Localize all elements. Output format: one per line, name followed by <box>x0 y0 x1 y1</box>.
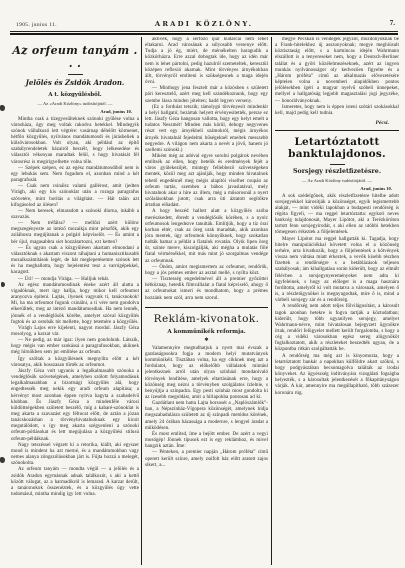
reklam-subtitle: A kommünikék reformja. <box>145 329 268 335</box>
paragraph: — Minthogy jena fesztelt már a közösben … <box>145 86 268 104</box>
header-rule-thick <box>10 33 398 35</box>
paragraph: — És ugyan csak a közgyűlésen akartam el… <box>11 246 139 277</box>
paragraph: Az egész mandátumosdinak éneke azért áll… <box>11 283 139 326</box>
title-rule <box>330 164 345 165</box>
paragraph: A rendőrség ma még azt is kinyomozta, ho… <box>275 354 399 397</box>
section-rule <box>275 130 399 131</box>
paragraph: — Csak nem csinálsz valami gallérost, am… <box>11 184 139 209</box>
column-divider <box>141 37 142 565</box>
reklam-title: Reklám-kivonatok. <box>145 313 268 325</box>
paragraph: — Ne pedig, az már igaz: ilyen nem gondo… <box>11 338 139 356</box>
paragraph: Valamennyire megtudhatjuk a nyert mai év… <box>145 346 268 401</box>
newspaper-page: 1905. junius 11. ARADI KÖZLÖNY. 7. Az or… <box>0 0 405 568</box>
star-separator: ✱ <box>145 337 268 344</box>
ink-speck <box>0 105 5 111</box>
paragraph: aktivek, hogy a serfőző ipar kudarcai ne… <box>145 37 268 86</box>
paragraph: A sok szédelgőnek, akik részletfizetésre… <box>275 194 399 237</box>
paragraph: — Önöm, amint megismertem az orfeumot, r… <box>145 265 268 277</box>
paragraph: — Nem keresek, elmaradott a szónoki diur… <box>11 209 139 221</box>
paragraph: Jászfy Géza volt ugyanis a legalkalmasab… <box>11 369 139 443</box>
feuilleton-dateline: Arad, junius 10. <box>11 109 139 114</box>
column-2: aktivek, hogy a serfőző ipar kudarcai ne… <box>145 37 268 566</box>
paragraph: Gazdátlant nem hatta Lajta borsosét a „N… <box>145 401 268 432</box>
paragraph: A rendőrség nem adott teljes fölvilágosí… <box>275 304 399 353</box>
paragraph: Miként még az adóval egyre sorolni polgá… <box>145 154 268 209</box>
header-rule-thin <box>10 31 398 32</box>
feuilleton-title: Az orfeum tanyám . . . <box>11 44 139 70</box>
paragraph: Mintha csak a tízegyesülteknek szónoki g… <box>11 117 139 166</box>
paragraph: Így szóltak a közgyűlésnek megnyílta elő… <box>11 357 139 369</box>
title-rule <box>68 74 83 75</box>
column-divider <box>271 37 272 565</box>
page-number: 7. <box>390 19 395 27</box>
ink-speck <box>0 457 5 463</box>
feuilleton-credit: — Az «Aradi Közlöny» tudósítójától. — <box>11 101 139 106</box>
paragraph: — Tisztesség engedelmével áll a premier … <box>145 277 268 302</box>
paragraph: — Pénteken, a premier napján „Három próf… <box>145 450 268 468</box>
paragraph: Virágh Lajos erre kijelenti, nagyot mord… <box>11 326 139 338</box>
bank-article-dateline: Arad, junius 10. <box>275 186 399 191</box>
column-3: megye Pecskán is vendégek jegyzőt, mozdo… <box>275 37 399 566</box>
paragraph: Ismeretes, hogy nem is éppen isteni szót… <box>275 105 399 117</box>
paragraph: — Nem tréfálsz? — mellőzi azért különc m… <box>11 221 139 246</box>
paragraph: A hogy beszéd hallott alatt a közgyűlés … <box>145 209 268 264</box>
page-header: 1905. junius 11. ARADI KÖZLÖNY. 7. <box>10 19 398 31</box>
paragraph: Nagy tetszéssel végzett ki a retorika, k… <box>11 443 139 468</box>
masthead-title: ARADI KÖZLÖNY. <box>10 20 398 28</box>
paragraph: Az orfeum tanyám — mondta végül — a jelö… <box>11 467 139 498</box>
column-1: Az orfeum tanyám . . . Jelölés és Zsidók… <box>11 37 139 566</box>
bank-article-credit: — Az Aradi Közlöny tudósítójától. — <box>275 178 399 183</box>
author-signature: Pécsi. <box>275 120 399 126</box>
paragraph: Mayer Lipótot ma reggel hallgatták ki. T… <box>275 237 399 305</box>
bank-article-title: Letartóztatott banktulajdonos. <box>275 136 399 160</box>
feuilleton-byline: A t. közgyűlésből. <box>11 92 139 98</box>
paragraph: — Szépek szépen, ez az egész mandátumosd… <box>11 166 139 184</box>
feuilleton-subtitle: Jelölés és Zsidók Aradon. <box>11 78 139 87</box>
section-rule <box>145 307 268 308</box>
ink-speck <box>1 282 5 287</box>
paragraph: És most említsd, íme a bejött ember. De … <box>145 432 268 450</box>
paragraph: megye Pecskán is vendégek jegyzőt, mozdo… <box>275 37 399 105</box>
paragraph: (Ez a fordulat tetszik; támolygó törvény… <box>145 105 268 154</box>
bank-article-subtitle: Sorsjegy részletfizetésre. <box>275 168 399 175</box>
